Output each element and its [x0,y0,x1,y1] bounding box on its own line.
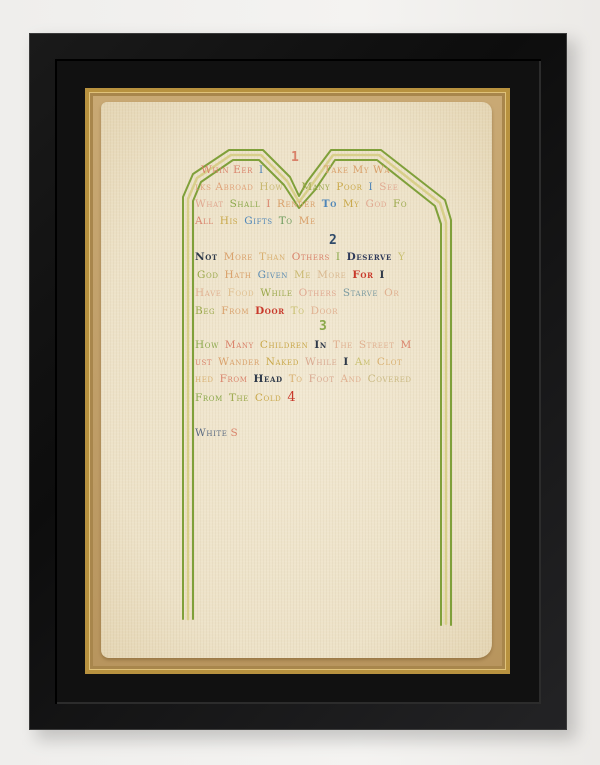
verse-1-line-2: lks AbroadHowManyPoorISee [195,182,404,193]
picture-frame: 1 Whin EerITake My Wa lks AbroadHowManyP… [29,33,567,730]
verse-number-2: 2 [329,233,337,248]
linen-sampler: 1 Whin EerITake My Wa lks AbroadHowManyP… [101,102,492,658]
signature: WhiteS [195,428,244,439]
gold-fillet: 1 Whin EerITake My Wa lks AbroadHowManyP… [85,88,510,674]
verse-3-line-1: HowManyChildrenInTheStreetM [195,340,418,351]
verse-3-line-4: FromTheCold4 [195,391,302,404]
verse-1-line-1: Whin EerITake My Wa [201,165,396,176]
verse-number-1: 1 [291,150,299,165]
verse-2-line-4: BegFromDoorToDoor [195,306,344,317]
verse-3-line-3: hedFromHeadToFootAndCovered [195,374,418,385]
verse-1-line-4: AllHisGiftsToMe [195,216,322,227]
verse-2-line-3: HaveFoodWhileOthersStarveOr [195,288,405,299]
verse-1-line-3: WhatShallIRenderToMyGodFo [195,199,413,210]
verse-2-line-2: GodHathGivenMeMoreForI [197,270,391,281]
tablet-border [101,102,561,722]
frame-bevel: 1 Whin EerITake My Wa lks AbroadHowManyP… [55,59,541,704]
verse-3-line-2: ustWanderNakedWhileIAmClot [195,357,408,368]
mat-backing: 1 Whin EerITake My Wa lks AbroadHowManyP… [93,96,502,666]
verse-2-line-1: NotMoreThanOthersIDeserveY [195,252,412,263]
verse-number-3: 3 [319,319,327,334]
